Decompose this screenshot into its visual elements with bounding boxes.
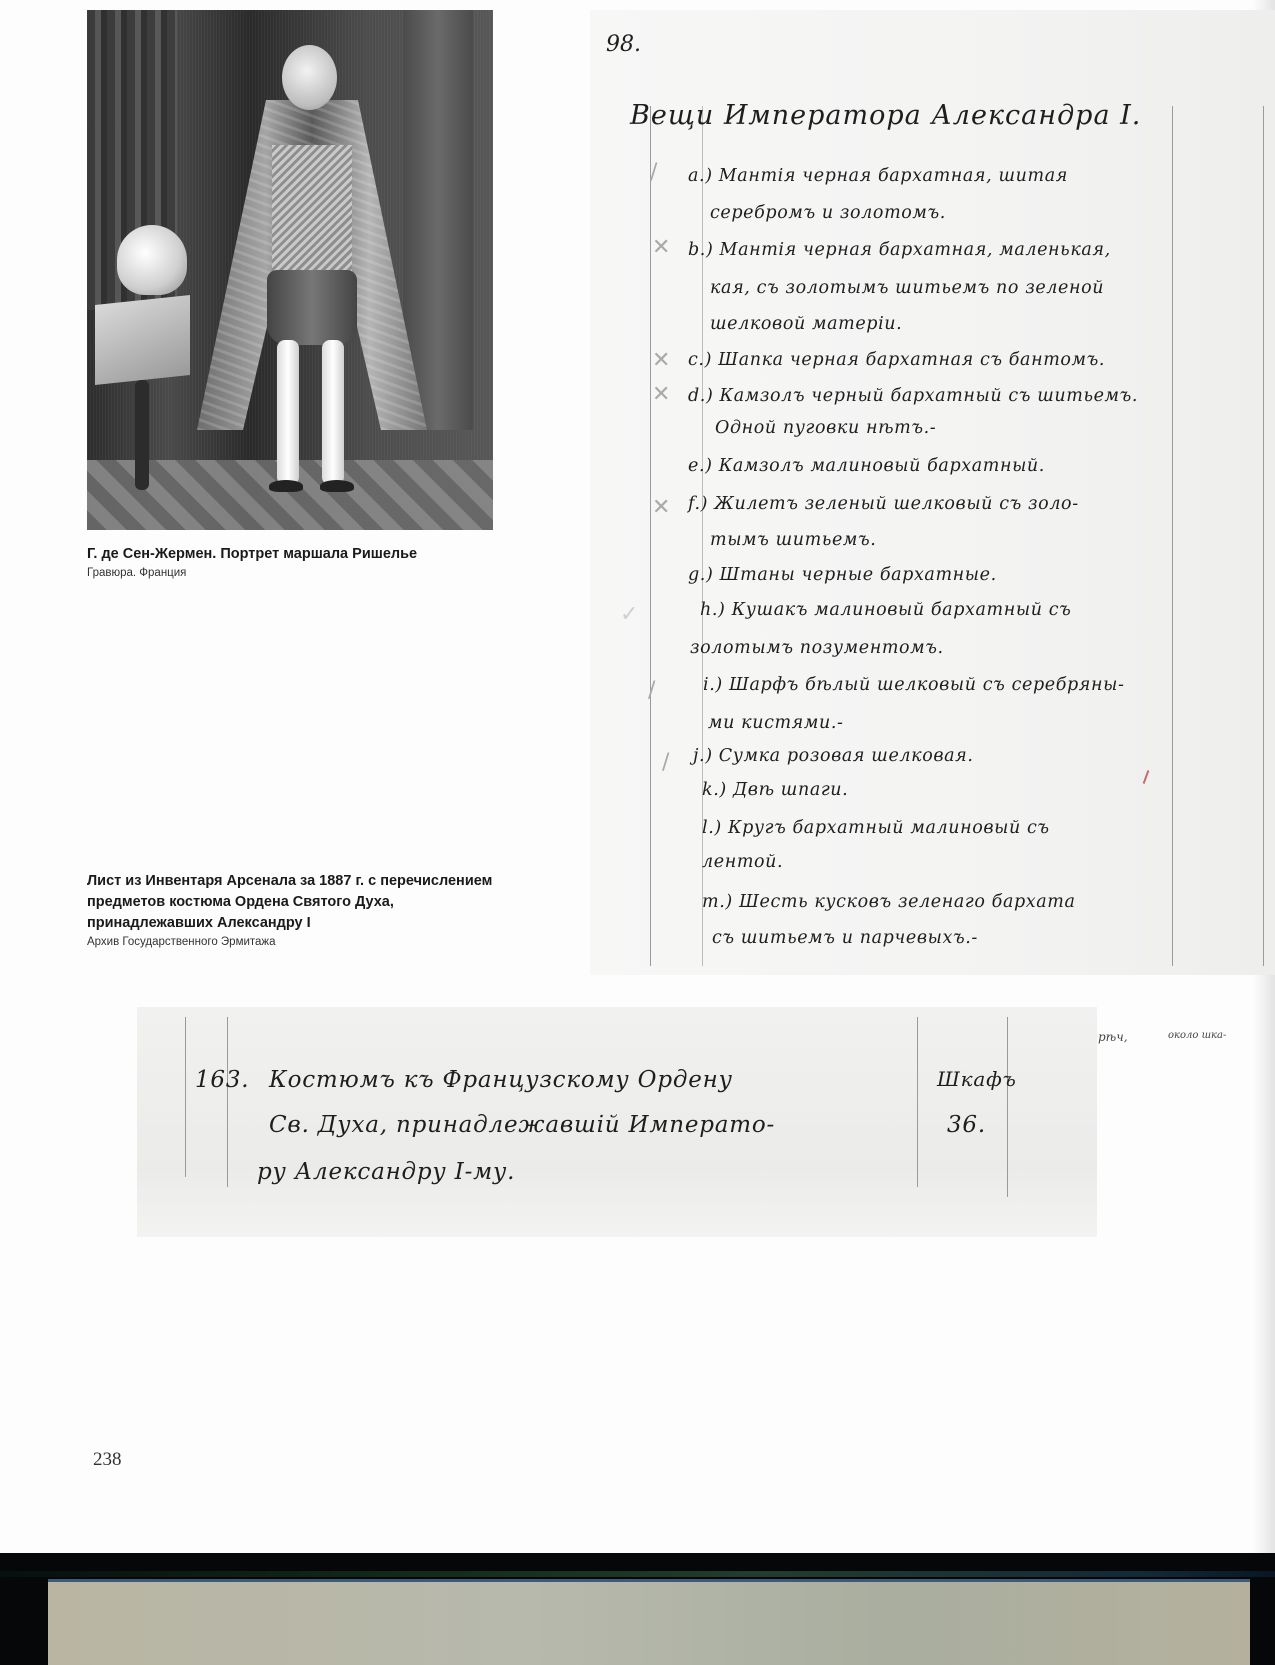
location-number: 36.	[947, 1112, 986, 1138]
tick-mark-icon: /	[650, 160, 657, 185]
figure1-caption-subtitle: Гравюра. Франция	[87, 565, 547, 581]
figure2-caption: Лист из Инвентаря Арсенала за 1887 г. с …	[87, 871, 567, 950]
cross-mark-icon: ✕	[652, 348, 670, 373]
margin-note: рѣч,	[1098, 1030, 1128, 1044]
strip-column-rule	[917, 1017, 918, 1187]
inventory-item-line: золотымъ позументомъ.	[690, 638, 944, 658]
inventory-manuscript-sheet: 98. Вещи Императора Александра I. / a.) …	[590, 10, 1275, 975]
engraving-embroidered-vest	[272, 145, 352, 275]
inventory-item-line: b.) Мантія черная бархатная, маленькая,	[688, 240, 1111, 260]
engraving-left-leg	[277, 340, 299, 485]
inventory-item-line: тымъ шитьемъ.	[710, 530, 876, 550]
cross-mark-icon: ✕	[652, 495, 670, 520]
richelieu-engraving	[87, 10, 493, 530]
red-pencil-mark	[1143, 770, 1150, 784]
engraving-breeches	[267, 270, 357, 345]
margin-note: около шка-	[1168, 1030, 1226, 1041]
inventory-item-line: f.) Жилетъ зеленый шелковый съ золо-	[688, 494, 1079, 514]
inventory-item-line: g.) Штаны черные бархатные.	[688, 565, 997, 585]
check-mark-icon: ✓	[620, 602, 638, 627]
scanner-edge-glare	[0, 1571, 1275, 1577]
inventory-item-line: a.) Мантія черная бархатная, шитая	[688, 166, 1068, 186]
figure2-caption-line: предметов костюма Ордена Святого Духа,	[87, 892, 567, 913]
strip-margin-rule	[185, 1017, 186, 1177]
engraving-right-shoe	[320, 480, 354, 492]
strip-column-rule	[1007, 1017, 1008, 1197]
figure2-caption-line: принадлежавших Александру I	[87, 913, 567, 934]
inventory-item-line: кая, съ золотымъ шитьемъ по зеленой	[710, 278, 1104, 298]
figure2-caption-subtitle: Архив Государственного Эрмитажа	[87, 934, 567, 950]
figure1-caption-title: Г. де Сен-Жермен. Портрет маршала Ришель…	[87, 544, 547, 565]
inventory-item-line: съ шитьемъ и парчевыхъ.-	[712, 928, 978, 948]
tick-mark-icon: /	[648, 678, 655, 703]
inventory-item-line: l.) Кругъ бархатный малиновый съ	[702, 818, 1050, 838]
cross-mark-icon: ✕	[652, 235, 670, 260]
inventory-item-line: d.) Камзолъ черный бархатный съ шитьемъ.	[688, 386, 1138, 406]
engraving-figure	[197, 40, 427, 510]
entry-line: ру Александру I-му.	[257, 1159, 515, 1185]
inventory-entry-strip: 163. Костюмъ къ Французскому Ордену Св. …	[137, 1007, 1097, 1237]
engraving-table-top	[95, 295, 190, 385]
inventory-item-line: h.) Кушакъ малиновый бархатный съ	[700, 600, 1071, 620]
manuscript-heading: Вещи Императора Александра I.	[630, 100, 1141, 131]
column-rule	[1263, 106, 1264, 966]
engraving-table-leg	[135, 380, 149, 490]
scanner-lid-panel	[48, 1579, 1250, 1665]
engraving-plumed-hat	[117, 225, 187, 295]
inventory-item-line: c.) Шапка черная бархатная съ бантомъ.	[688, 350, 1105, 370]
figure1-caption: Г. де Сен-Жермен. Портрет маршала Ришель…	[87, 544, 547, 581]
inventory-item-line: ми кистями.-	[708, 713, 844, 733]
entry-line: Костюмъ къ Французскому Ордену	[269, 1067, 733, 1093]
inventory-item-line: k.) Двѣ шпаги.	[702, 780, 848, 800]
inventory-item-line: j.) Сумка розовая шелковая.	[693, 746, 974, 766]
location-label: Шкафъ	[937, 1067, 1017, 1091]
inventory-item-line: e.) Камзолъ малиновый бархатный.	[688, 456, 1045, 476]
cross-mark-icon: ✕	[652, 382, 670, 407]
margin-rule	[650, 106, 651, 966]
sheet-number: 98.	[606, 32, 641, 57]
inventory-item-line: серебромъ и золотомъ.	[710, 203, 946, 223]
entry-line: Св. Духа, принадлежавшій Импера­то-	[269, 1112, 775, 1138]
inventory-item-line: m.) Шесть кусковъ зеленаго бархата	[702, 892, 1076, 912]
inventory-item-line: шелковой матеріи.	[710, 314, 902, 334]
engraving-right-leg	[322, 340, 344, 485]
engraving-left-shoe	[269, 480, 303, 492]
inventory-item-line: Одной пуговки нѣтъ.-	[715, 418, 936, 438]
column-rule	[1172, 106, 1173, 966]
strip-margin-rule	[227, 1017, 228, 1187]
page-number: 238	[93, 1449, 122, 1471]
entry-number: 163.	[195, 1067, 249, 1093]
engraving-head-wig	[282, 45, 337, 110]
figure2-caption-line: Лист из Инвентаря Арсенала за 1887 г. с …	[87, 871, 567, 892]
scanner-bed	[0, 1553, 1275, 1665]
tick-mark-icon: /	[662, 750, 669, 775]
inventory-item-line: лентой.	[702, 852, 783, 872]
inventory-item-line: i.) Шарфъ бѣлый шелковый съ серебряны-	[703, 675, 1124, 695]
book-page: Г. де Сен-Жермен. Портрет маршала Ришель…	[0, 0, 1275, 1553]
engraving-table	[95, 300, 190, 490]
